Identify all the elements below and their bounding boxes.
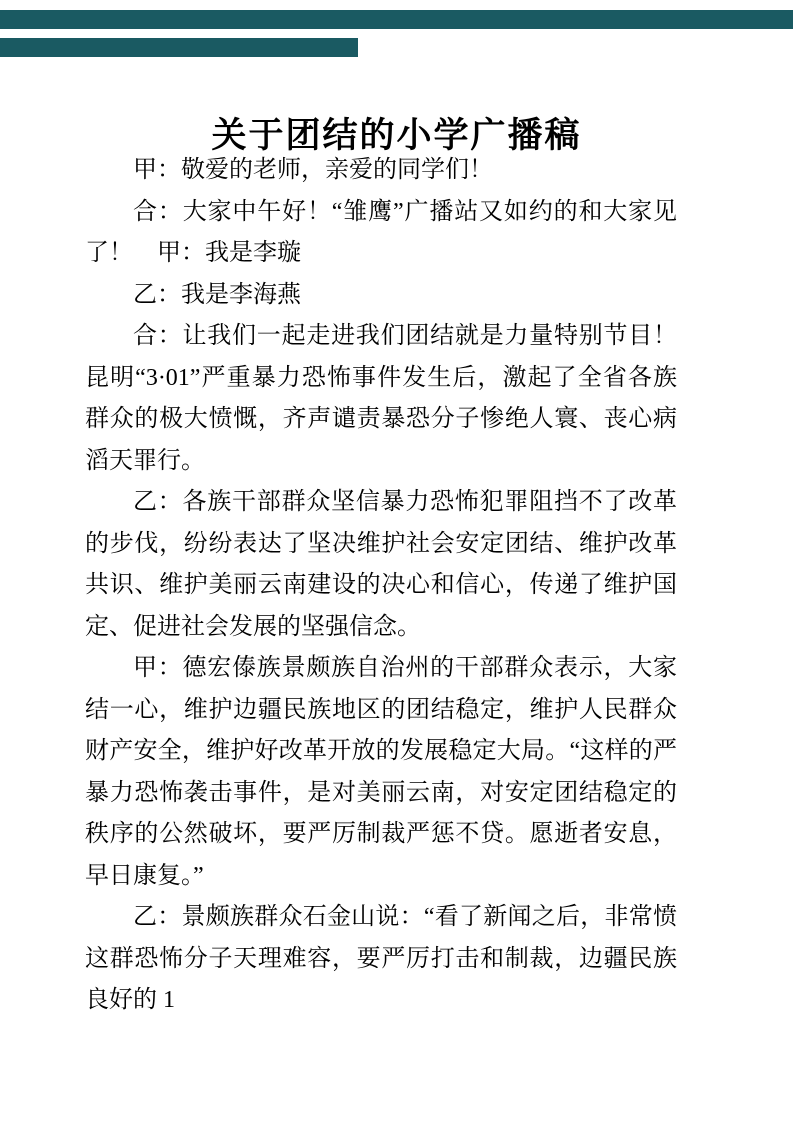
- top-banner-bar: [0, 10, 793, 29]
- document-page: 关于团结的小学广播稿 甲：敬爱的老师，亲爱的同学们！合：大家中午好！“雏鹰”广播…: [0, 0, 793, 1122]
- text-line: 秩序的公然破坏，要严厉制裁严惩不贷。愿逝者安息，伤者: [85, 814, 677, 856]
- second-banner-bar: [0, 38, 358, 57]
- paragraph: 乙：景颇族群众石金山说：“看了新闻之后，非常愤慨。这群恐怖分子天理难容，要严厉打…: [85, 897, 677, 1022]
- text-line: 群众的极大愤慨，齐声谴责暴恐分子惨绝人寰、丧心病狂的: [85, 399, 677, 441]
- text-line: 乙：景颇族群众石金山说：“看了新闻之后，非常愤慨。: [85, 897, 677, 939]
- text-line: 乙：我是李海燕: [85, 275, 677, 317]
- text-line: 昆明“3·01”严重暴力恐怖事件发生后，激起了全省各族: [85, 358, 677, 400]
- text-line: 暴力恐怖袭击事件，是对美丽云南，对安定团结稳定的社会: [85, 773, 677, 815]
- text-line: 的步伐，纷纷表达了坚决维护社会安定团结、维护改革开放: [85, 524, 677, 566]
- paragraph: 甲：德宏傣族景颇族自治州的干部群众表示，大家要团结一心，维护边疆民族地区的团结稳…: [85, 648, 677, 897]
- paragraph: 乙：各族干部群众坚信暴力恐怖犯罪阻挡不了改革发展的步伐，纷纷表达了坚决维护社会安…: [85, 482, 677, 648]
- text-line: 这群恐怖分子天理难容，要严厉打击和制裁，边疆民族地区: [85, 939, 677, 981]
- text-line: 了！ 甲：我是李璇: [85, 233, 677, 275]
- text-line: 财产安全，维护好改革开放的发展稳定大局。“这样的严重: [85, 731, 677, 773]
- text-line: 滔天罪行。: [85, 441, 677, 483]
- document-body: 甲：敬爱的老师，亲爱的同学们！合：大家中午好！“雏鹰”广播站又如约的和大家见面了…: [85, 150, 677, 1022]
- paragraph: 乙：我是李海燕: [85, 275, 677, 317]
- text-line: 合：大家中午好！“雏鹰”广播站又如约的和大家见面: [85, 192, 677, 234]
- text-line: 乙：各族干部群众坚信暴力恐怖犯罪阻挡不了改革发展: [85, 482, 677, 524]
- text-line: 早日康复。”: [85, 856, 677, 898]
- text-line: 结一心，维护边疆民族地区的团结稳定，维护人民群众生命: [85, 690, 677, 732]
- paragraph: 合：大家中午好！“雏鹰”广播站又如约的和大家见面了！ 甲：我是李璇: [85, 192, 677, 275]
- paragraph: 甲：敬爱的老师，亲爱的同学们！: [85, 150, 677, 192]
- text-line: 共识、维护美丽云南建设的决心和信心，传递了维护国家稳: [85, 565, 677, 607]
- text-line: 合：让我们一起走进我们团结就是力量特别节目！ 甲：: [85, 316, 677, 358]
- text-line: 甲：敬爱的老师，亲爱的同学们！: [85, 150, 677, 192]
- text-line: 甲：德宏傣族景颇族自治州的干部群众表示，大家要团: [85, 648, 677, 690]
- text-line: 良好的 1: [85, 980, 677, 1022]
- text-line: 定、促进社会发展的坚强信念。: [85, 607, 677, 649]
- paragraph: 合：让我们一起走进我们团结就是力量特别节目！ 甲：昆明“3·01”严重暴力恐怖事…: [85, 316, 677, 482]
